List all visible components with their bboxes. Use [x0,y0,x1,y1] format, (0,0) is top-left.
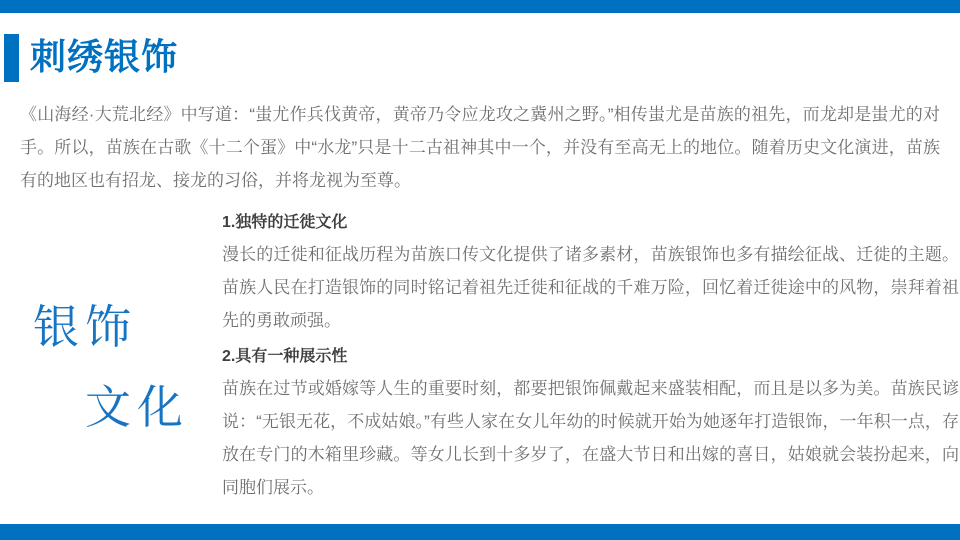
slide-title: 刺绣银饰 [30,33,178,81]
section-1-body: 漫长的迁徙和征战历程为苗族口传文化提供了诸多素材，苗族银饰也多有描绘征战、迁徙的… [222,238,959,337]
presentation-slide: 刺绣银饰 《山海经·大荒北经》中写道：“蚩尤作兵伐黄帝，黄帝乃令应龙攻之冀州之野… [0,0,960,540]
title-accent-block [4,34,19,82]
section-1-heading: 1.独特的迁徙文化 [222,211,959,235]
side-title-line1: 银饰 [33,304,137,350]
intro-paragraph: 《山海经·大荒北经》中写道：“蚩尤作兵伐黄帝，黄帝乃令应龙攻之冀州之野。”相传蚩… [20,99,940,198]
side-title-line2: 文化 [85,384,189,430]
section-2-heading: 2.具有一种展示性 [222,345,959,369]
top-accent-bar [0,0,960,13]
bottom-accent-bar [0,524,960,540]
section-2-body: 苗族在过节或婚嫁等人生的重要时刻，都要把银饰佩戴起来盛装相配，而且是以多为美。苗… [222,372,959,504]
